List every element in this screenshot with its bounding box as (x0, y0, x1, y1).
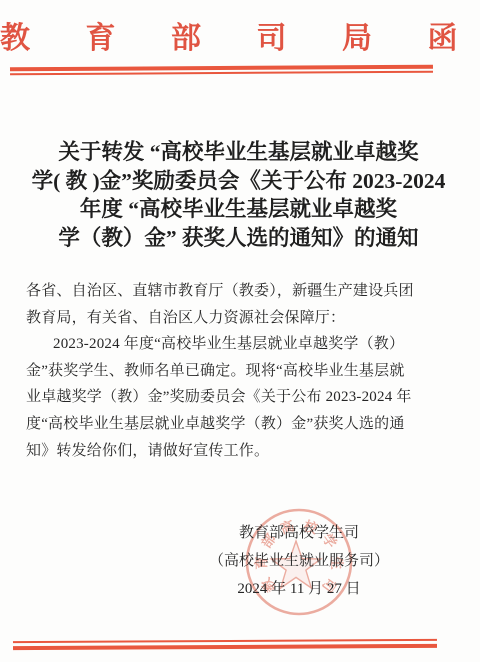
letterhead-title: 教 育 部 司 局 函 件 (0, 13, 477, 57)
document-page: 教 育 部 司 局 函 件 关于转发 “高校毕业生基层就业卓越奖 学( 教 )金… (0, 0, 480, 662)
body-line: 知》转发给你们，请做好宣传工作。 (26, 438, 426, 465)
document-title-line: 学（教）金” 获奖人选的通知》的通知 (0, 224, 477, 253)
body-line: 度“高校毕业生基层就业卓越奖学（教）金”获奖人选的通 (26, 411, 426, 438)
document-title-line: 年度 “高校毕业生基层就业卓越奖 (0, 195, 477, 224)
signature-date: 2024 年 11 月 27 日 (118, 575, 480, 603)
signature-org: 教育部高校学生司 (118, 519, 480, 547)
document-title-line: 关于转发 “高校毕业生基层就业卓越奖 (0, 138, 477, 167)
document-body: 各省、自治区、直辖市教育厅（教委），新疆生产建设兵团 教育局，有关省、自治区人力… (26, 278, 426, 464)
body-line: 2023-2024 年度“高校毕业生基层就业卓越奖学（教） (26, 331, 426, 358)
body-line: 教育局，有关省、自治区人力资源社会保障厅： (26, 305, 426, 332)
body-line: 各省、自治区、直辖市教育厅（教委），新疆生产建设兵团 (26, 278, 426, 305)
document-title-line: 学( 教 )金”奖励委员会《关于公布 2023-2024 (0, 167, 477, 196)
body-line: 业卓越奖学（教）金”奖励委员会《关于公布 2023-2024 年 (26, 384, 426, 411)
signature-org-alt: （高校毕业生就业服务司） (118, 547, 480, 575)
footer-divider (13, 639, 437, 650)
letterhead-divider (10, 65, 433, 76)
signature-block: 教育部高校学生司 （高校毕业生就业服务司） 2024 年 11 月 27 日 (118, 519, 480, 603)
document-title: 关于转发 “高校毕业生基层就业卓越奖 学( 教 )金”奖励委员会《关于公布 20… (0, 138, 477, 252)
body-line: 金”获奖学生、教师名单已确定。现将“高校毕业生基层就 (26, 358, 426, 385)
